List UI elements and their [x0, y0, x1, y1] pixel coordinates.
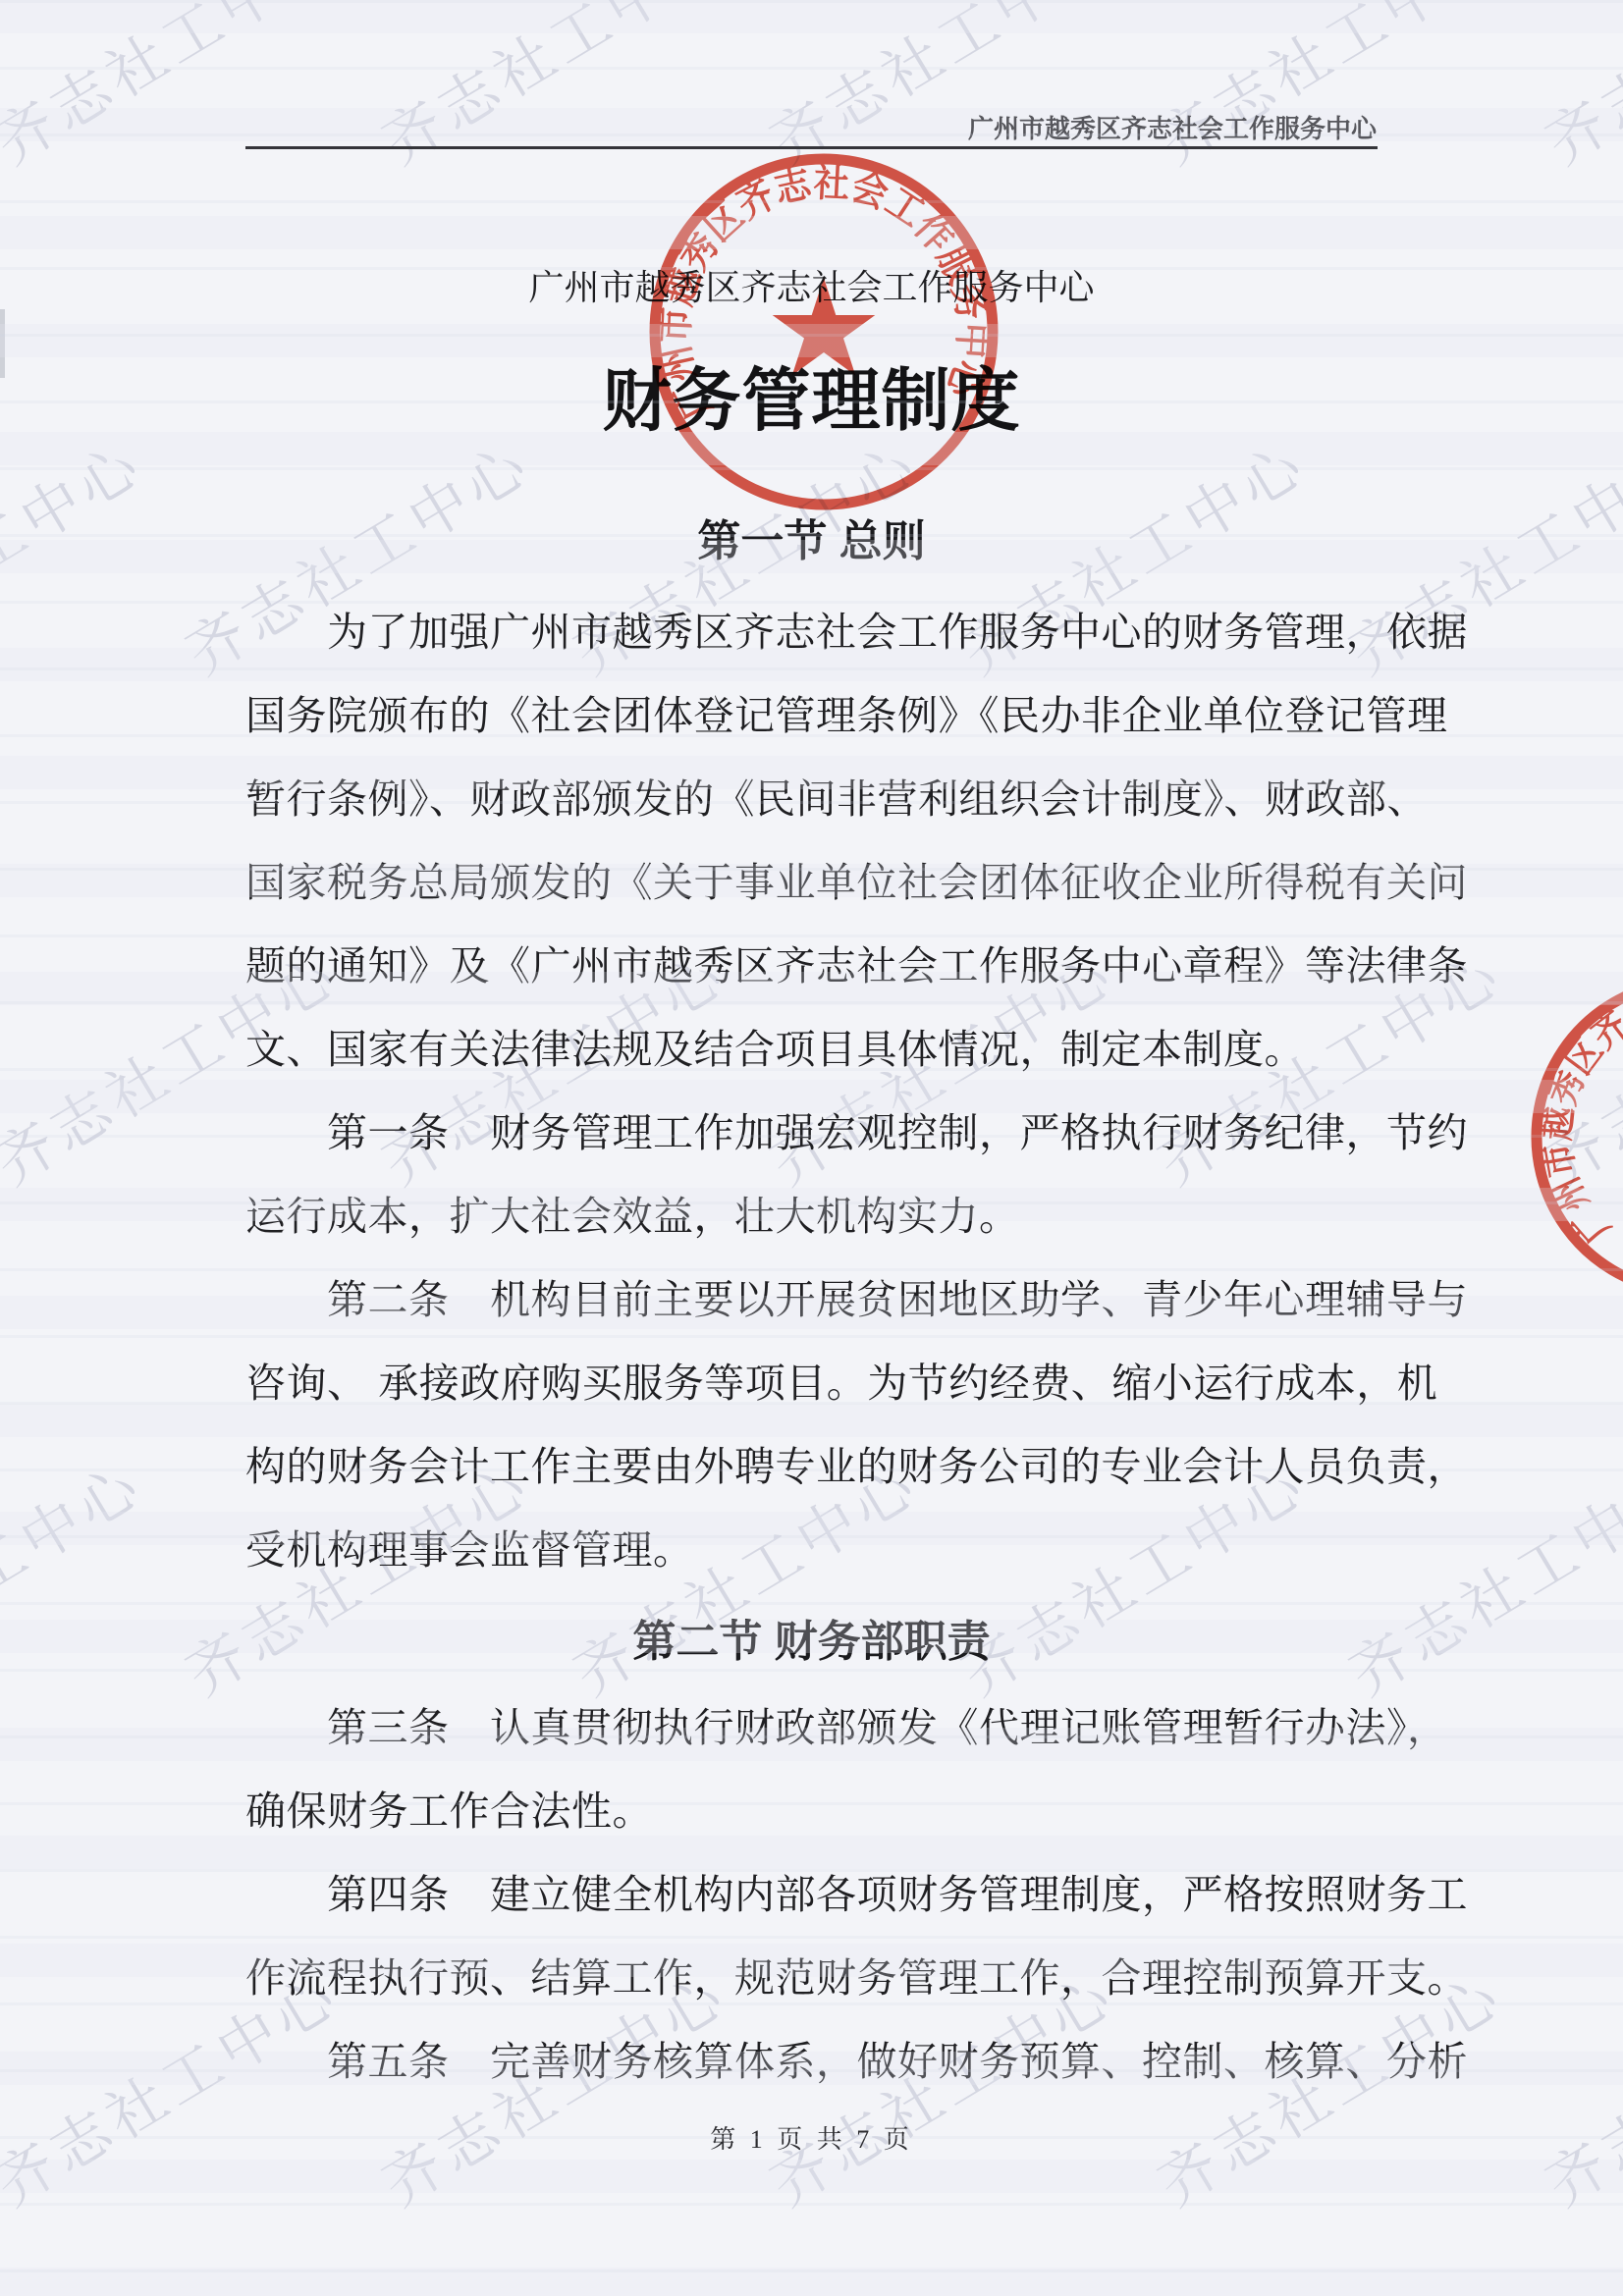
svg-text:广州市越秀区齐志社会工作服务中心: 广州市越秀区齐志社会工作服务中心 [1504, 972, 1623, 1257]
seal-arc-text: 广州市越秀区齐志社会工作服务中心 [1504, 972, 1623, 1257]
text-line: 运行成本，扩大社会效益，壮大机构实力。 [245, 1175, 1522, 1258]
text-line: 为了加强广州市越秀区齐志社会工作服务中心的财务管理，依据 [245, 591, 1522, 674]
text-line: 文、国家有关法律法规及结合项目具体情况，制定本制度。 [245, 1008, 1522, 1092]
text-line: 第四条 建立健全机构内部各项财务管理制度，严格按照财务工 [245, 1853, 1522, 1937]
text-line: 暂行条例》、财政部颁发的《民间非营利组织会计制度》、财政部、 [245, 758, 1522, 841]
watermark-text: 齐志社工中心 [0, 0, 392, 245]
section-2-lines: 第三条 认真贯彻执行财政部颁发《代理记账管理暂行办法》，确保财务工作合法性。 第… [245, 1686, 1522, 2104]
text-line: 构的财务会计工作主要由外聘专业的财务公司的专业会计人员负责， [245, 1425, 1522, 1509]
partial-seal: 广州市越秀区齐志社会工作服务中心 [1462, 972, 1623, 1306]
scanned-page: 齐志社工中心齐志社工中心齐志社工中心齐志社工中心齐志社工中心齐志社工中心齐志社工… [0, 0, 1623, 2296]
text-line: 第二条 机构目前主要以开展贫困地区助学、青少年心理辅导与 [245, 1258, 1522, 1342]
text-line: 第一条 财务管理工作加强宏观控制，严格执行财务纪律，节约 [245, 1092, 1522, 1175]
text-line: 确保财务工作合法性。 [245, 1770, 1522, 1853]
section-heading-2: 第二节 财务部职责 [0, 1608, 1623, 1677]
text-line: 咨询、 承接政府购买服务等项目。为节约经费、缩小运行成本，机 [245, 1342, 1522, 1425]
text-line: 题的通知》及《广州市越秀区齐志社会工作服务中心章程》等法律条 [245, 925, 1522, 1008]
text-line: 国家税务总局颁发的《关于事业单位社会团体征收企业所得税有关问 [245, 841, 1522, 925]
watermark-text: 齐志社工中心 [1494, 0, 1623, 245]
text-line: 作流程执行预、结算工作，规范财务管理工作，合理控制预算开支。 [245, 1937, 1522, 2020]
text-line: 第五条 完善财务核算体系，做好财务预算、控制、核算、分析 [245, 2020, 1522, 2104]
footer-page-number: 第 1 页 共 7 页 [0, 2112, 1623, 2166]
text-line: 第三条 认真贯彻执行财政部颁发《代理记账管理暂行办法》， [245, 1686, 1522, 1770]
text-line: 国务院颁布的《社会团体登记管理条例》《民办非企业单位登记管理 [245, 674, 1522, 758]
official-seal: 广州市越秀区齐志社会工作服务中心 [637, 145, 1010, 518]
section-1-lines: 为了加强广州市越秀区齐志社会工作服务中心的财务管理，依据国务院颁布的《社会团体登… [245, 591, 1522, 1592]
seal-star [773, 278, 876, 376]
watermark-text: 齐志社工中心 [0, 1383, 195, 1777]
text-line: 受机构理事会监督管理。 [245, 1509, 1522, 1592]
